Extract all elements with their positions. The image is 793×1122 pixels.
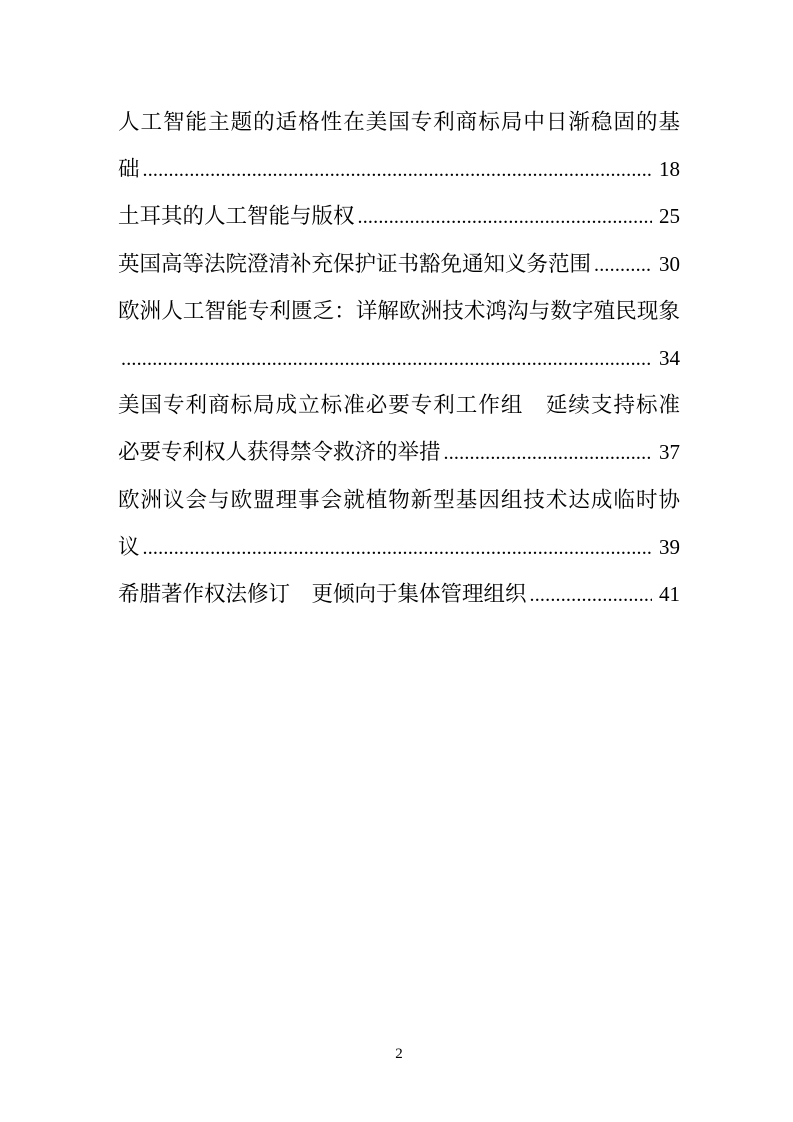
dot-leader [594, 242, 652, 289]
toc-page-number: 41 [659, 571, 680, 618]
toc-page-number: 18 [659, 146, 680, 193]
toc-entry-line[interactable]: 美国专利商标局成立标准必要专利工作组 延续支持标准 [118, 382, 680, 429]
toc-entry-text: 欧洲人工智能专利匮乏：详解欧洲技术鸿沟与数字殖民现象 [118, 288, 680, 335]
toc-entry-text: 希腊著作权法修订 更倾向于集体管理组织 [118, 571, 527, 618]
toc-entry-line[interactable]: 土耳其的人工智能与版权 25 [118, 193, 680, 240]
toc-entry-text: 必要专利权人获得禁令救济的举措 [118, 429, 441, 476]
toc-entry-text: 人工智能主题的适格性在美国专利商标局中日渐稳固的基 [118, 99, 680, 146]
toc-entry-line[interactable]: 必要专利权人获得禁令救济的举措 37 [118, 429, 680, 476]
toc-entry-line[interactable]: 欧洲议会与欧盟理事会就植物新型基因组技术达成临时协 [118, 477, 680, 524]
toc-entry-text: 议 [118, 524, 140, 571]
toc-page-number: 34 [659, 335, 680, 382]
toc-entry-line[interactable]: 础 18 [118, 146, 680, 193]
toc-entry-line[interactable]: 英国高等法院澄清补充保护证书豁免通知义务范围 30 [118, 241, 680, 288]
document-page: 人工智能主题的适格性在美国专利商标局中日渐稳固的基 础 18 土耳其的人工智能与… [0, 0, 793, 1122]
toc-entry-text: 英国高等法院澄清补充保护证书豁免通知义务范围 [118, 241, 591, 288]
toc-entry-line[interactable]: 欧洲人工智能专利匮乏：详解欧洲技术鸿沟与数字殖民现象 [118, 288, 680, 335]
table-of-contents: 人工智能主题的适格性在美国专利商标局中日渐稳固的基 础 18 土耳其的人工智能与… [118, 99, 680, 618]
toc-entry-text: 欧洲议会与欧盟理事会就植物新型基因组技术达成临时协 [118, 477, 680, 524]
toc-entry-line[interactable]: 人工智能主题的适格性在美国专利商标局中日渐稳固的基 [118, 99, 680, 146]
toc-page-number: 25 [659, 193, 680, 240]
toc-page-number: 37 [659, 429, 680, 476]
dot-leader [444, 430, 652, 477]
dot-leader [143, 525, 652, 572]
toc-page-number: 39 [659, 524, 680, 571]
toc-entry-text: 土耳其的人工智能与版权 [118, 193, 355, 240]
dot-leader [121, 336, 652, 383]
toc-entry-line[interactable]: 希腊著作权法修订 更倾向于集体管理组织 41 [118, 571, 680, 618]
toc-entry-line[interactable]: 34 [118, 335, 680, 382]
dot-leader [358, 194, 652, 241]
dot-leader [530, 572, 652, 619]
page-number: 2 [395, 1046, 403, 1062]
toc-entry-text: 美国专利商标局成立标准必要专利工作组 延续支持标准 [118, 382, 680, 429]
toc-page-number: 30 [659, 241, 680, 288]
toc-entry-line[interactable]: 议 39 [118, 524, 680, 571]
toc-entry-text: 础 [118, 146, 140, 193]
page-footer: 2 [118, 1044, 680, 1064]
dot-leader [143, 147, 652, 194]
